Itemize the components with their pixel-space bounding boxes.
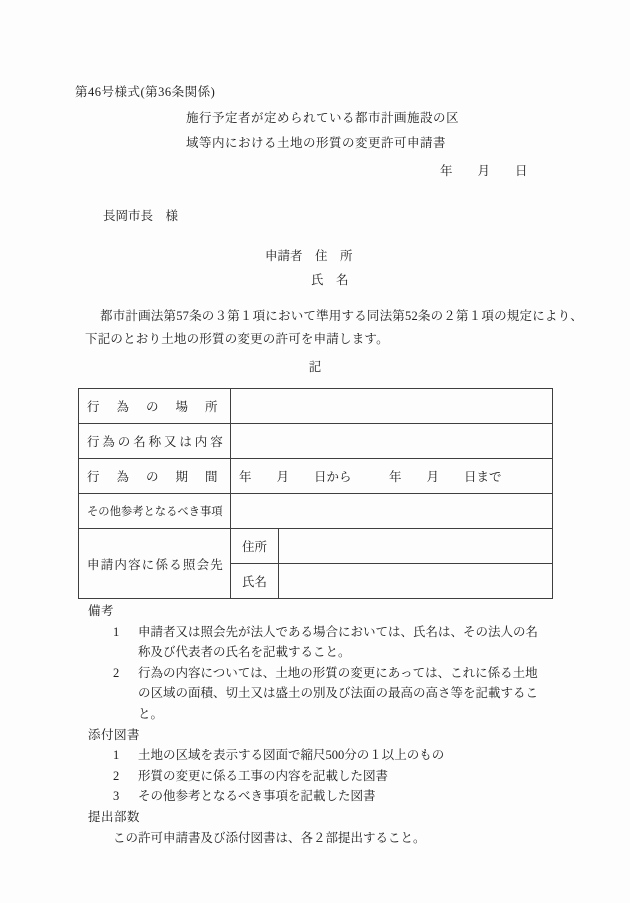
document-page: 第46号様式(第36条関係) 施行予定者が定められている都市計画施設の区 域等内… (0, 0, 630, 903)
table-row-period: 行為の期間 年 月 日から 年 月 日まで (79, 459, 553, 494)
attachment-item: 1 土地の区域を表示する図面で縮尺500分の１以上のもの (113, 745, 558, 766)
row-period-value: 年 月 日から 年 月 日まで (231, 459, 553, 494)
row-place-label: 行為の場所 (79, 389, 231, 424)
body-paragraph-line1: 都市計画法第57条の３第１項において準用する同法第52条の２第１項の規定により、 (100, 306, 583, 324)
row-name-label: 行為の名称又は内容 (79, 424, 231, 459)
note-number: 2 (113, 663, 138, 725)
addressee: 長岡市長 様 (103, 206, 178, 224)
note-number: 1 (113, 622, 138, 663)
contact-name-value (279, 564, 553, 599)
form-number: 第46号様式(第36条関係) (75, 82, 215, 100)
row-period-label: 行為の期間 (79, 459, 231, 494)
attachment-item: 3 その他参考となるべき事項を記載した図書 (113, 786, 558, 807)
application-details-table: 行為の場所 行為の名称又は内容 行為の期間 年 月 日から 年 月 日まで その… (78, 388, 553, 599)
attachment-number: 2 (113, 766, 138, 787)
table-row-name: 行為の名称又は内容 (79, 424, 553, 459)
note-item: 1 申請者又は照会先が法人である場合においては、氏名は、その法人の名称及び代表者… (113, 622, 558, 663)
contact-address-value (279, 529, 553, 564)
attachments-heading: 添付図書 (88, 725, 558, 746)
footnotes: 備考 1 申請者又は照会先が法人である場合においては、氏名は、その法人の名称及び… (88, 601, 558, 848)
table-row-contact-address: 申請内容に係る照会先 住所 (79, 529, 553, 564)
submission-text: この許可申請書及び添付図書は、各２部提出すること。 (113, 828, 558, 849)
row-name-value (231, 424, 553, 459)
row-place-value (231, 389, 553, 424)
submission-heading: 提出部数 (88, 807, 558, 828)
document-title-line2: 域等内における土地の形質の変更許可申請書 (186, 131, 459, 156)
table-row-place: 行為の場所 (79, 389, 553, 424)
date-placeholder: 年 月 日 (440, 161, 528, 179)
attachment-item: 2 形質の変更に係る工事の内容を記載した図書 (113, 766, 558, 787)
row-other-label: その他参考となるべき事項 (79, 494, 231, 529)
row-contact-label: 申請内容に係る照会先 (79, 529, 231, 599)
applicant-block: 申請者 住 所 氏 名 (265, 244, 353, 292)
note-item: 2 行為の内容については、土地の形質の変更にあっては、これに係る土地の区域の面積… (113, 663, 558, 725)
body-paragraph-line2: 下記のとおり土地の形質の変更の許可を申請します。 (85, 329, 389, 347)
attachment-number: 3 (113, 786, 138, 807)
document-title-line1: 施行予定者が定められている都市計画施設の区 (186, 106, 459, 131)
row-other-value (231, 494, 553, 529)
table-row-other: その他参考となるべき事項 (79, 494, 553, 529)
applicant-address-line: 申請者 住 所 (265, 244, 353, 268)
note-text: 申請者又は照会先が法人である場合においては、氏名は、その法人の名称及び代表者の氏… (138, 622, 545, 663)
contact-address-label: 住所 (231, 529, 279, 564)
contact-name-label: 氏名 (231, 564, 279, 599)
attachment-number: 1 (113, 745, 138, 766)
note-text: 行為の内容については、土地の形質の変更にあっては、これに係る土地の区域の面積、切… (138, 663, 545, 725)
notes-heading: 備考 (88, 601, 558, 622)
attachment-text: その他参考となるべき事項を記載した図書 (138, 786, 545, 807)
applicant-name-line: 氏 名 (311, 268, 353, 292)
attachment-text: 形質の変更に係る工事の内容を記載した図書 (138, 766, 545, 787)
document-title: 施行予定者が定められている都市計画施設の区 域等内における土地の形質の変更許可申… (186, 106, 459, 156)
attachment-text: 土地の区域を表示する図面で縮尺500分の１以上のもの (138, 745, 545, 766)
record-marker: 記 (0, 357, 630, 375)
